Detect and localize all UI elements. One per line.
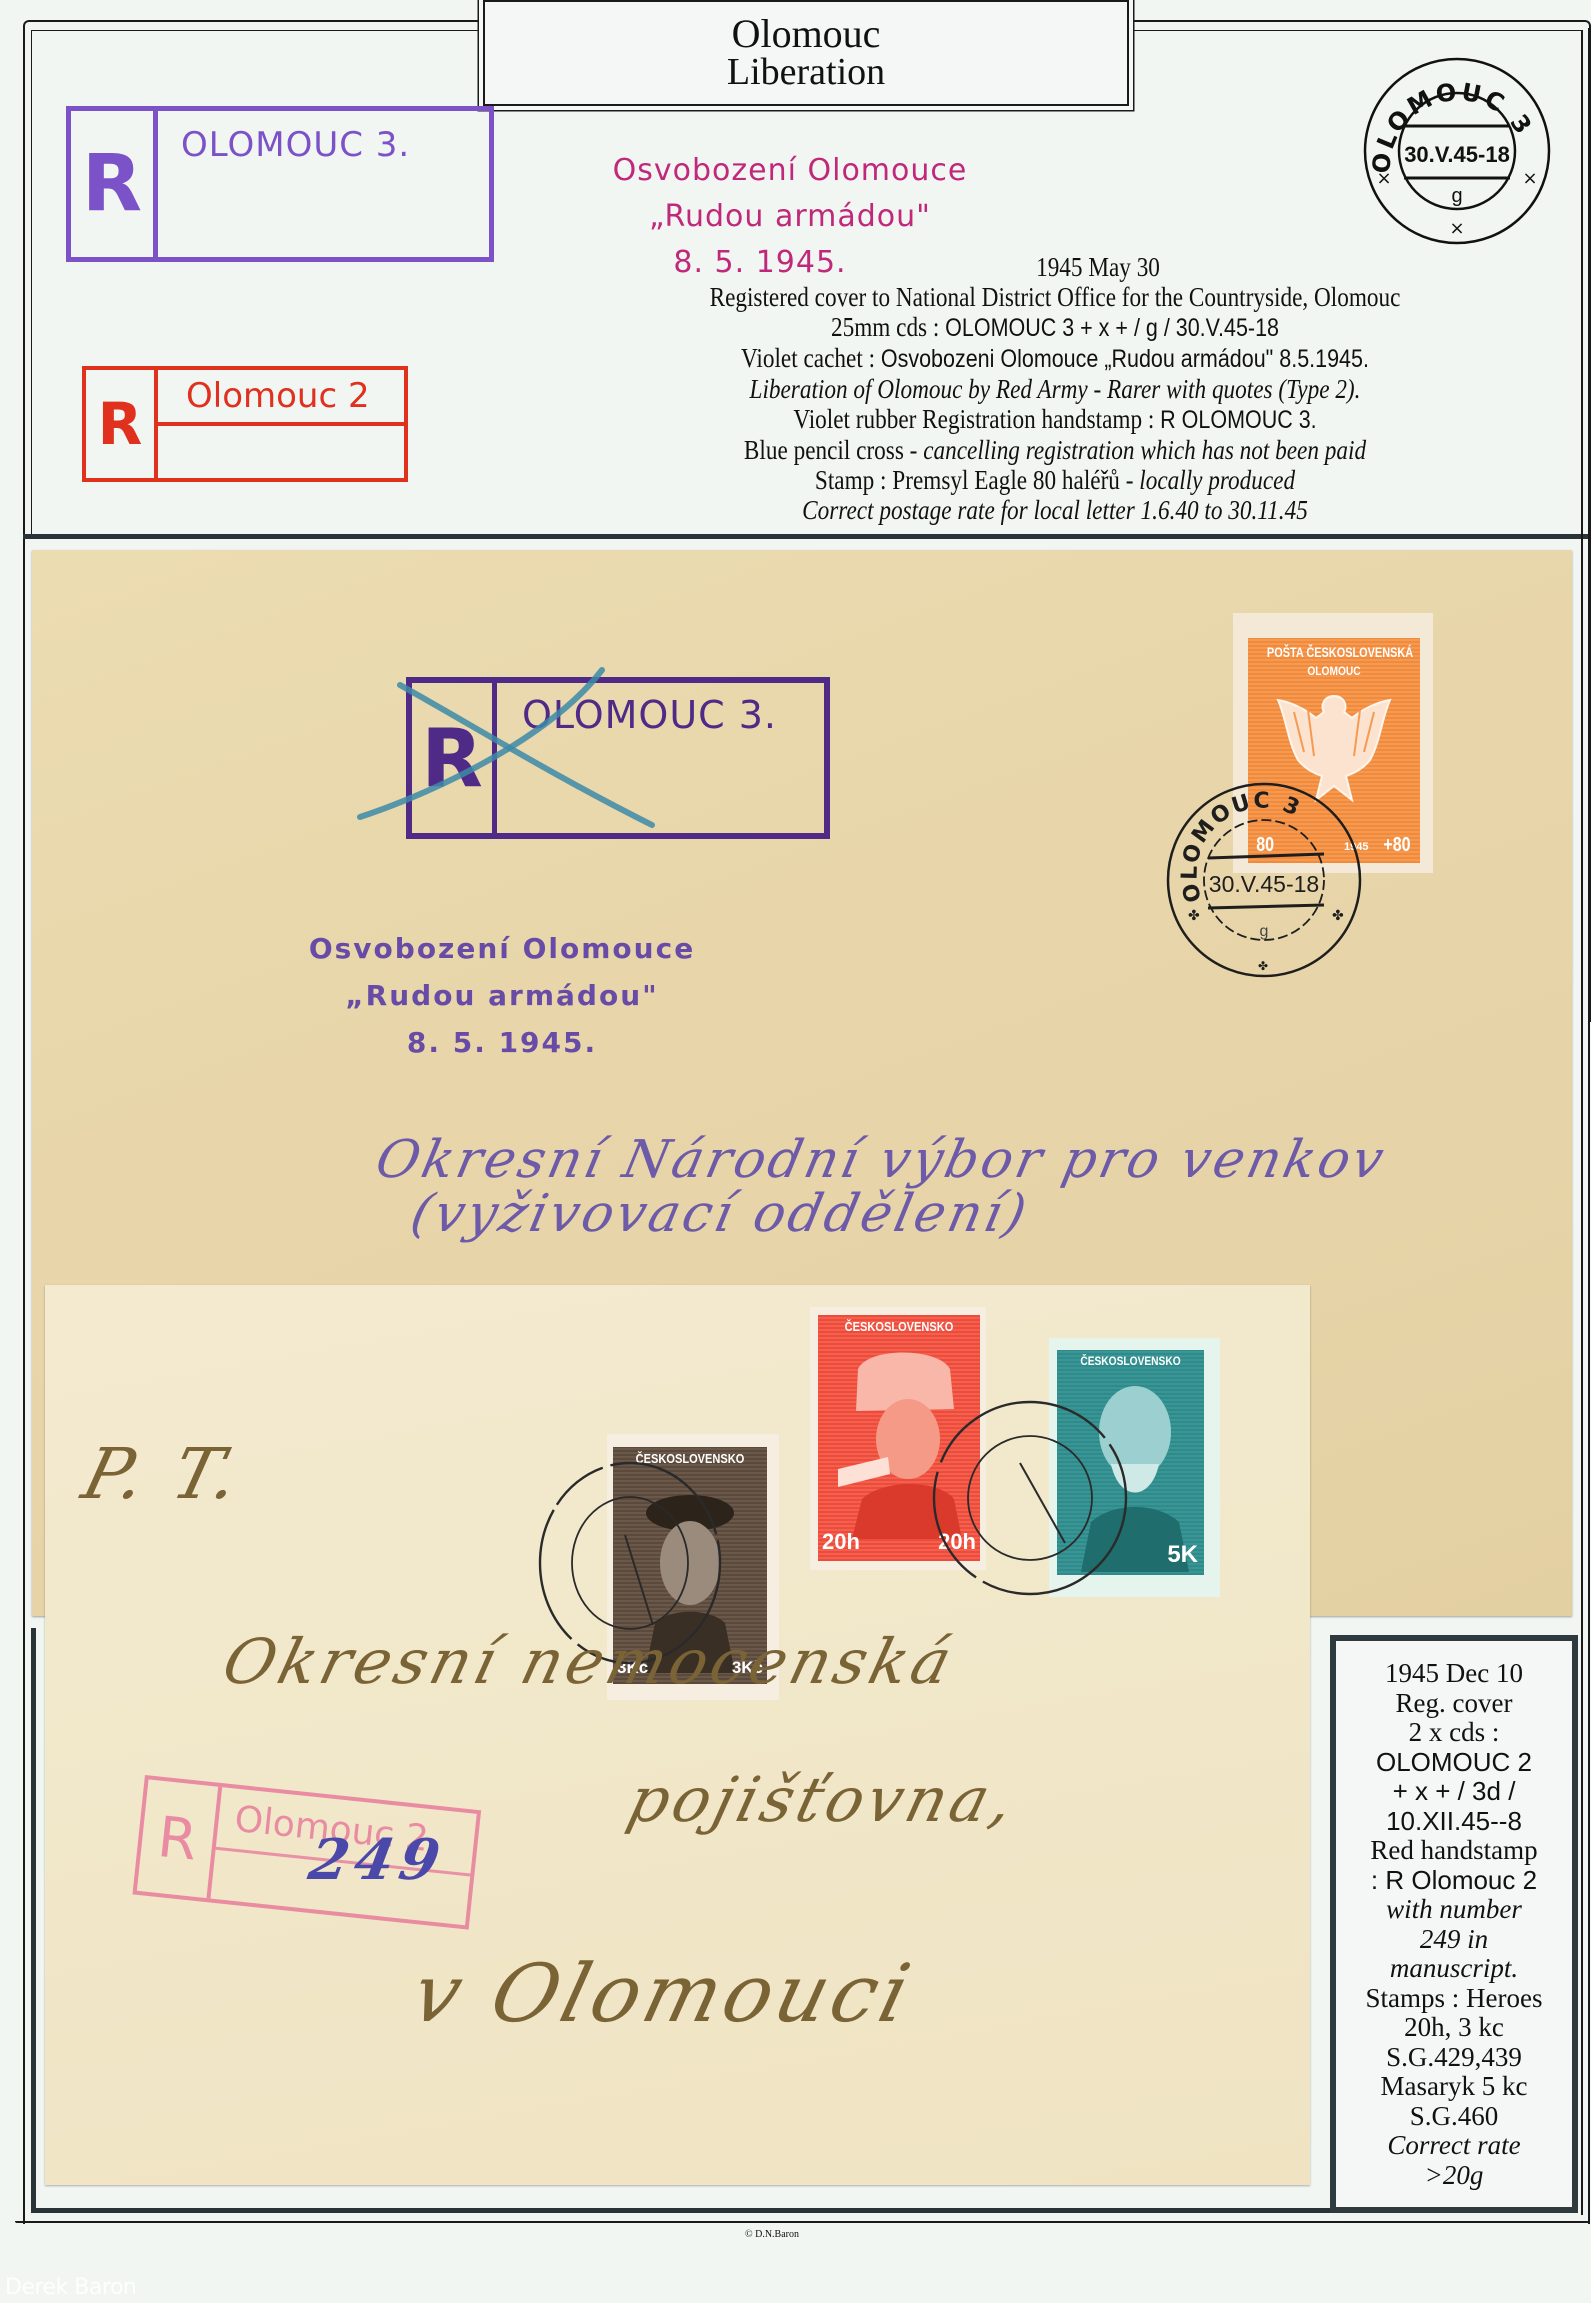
cover2-desc-line: manuscript. bbox=[1336, 1954, 1572, 1984]
copyright: © D.N.Baron bbox=[745, 2229, 799, 2240]
cover1-desc-line3: Violet cachet : Osvobozeni Olomouce „Rud… bbox=[612, 343, 1498, 374]
cover2-address-line1: Okresní nemocenská bbox=[216, 1625, 963, 1698]
cover2-address-line2: pojišťovna, bbox=[621, 1763, 1025, 1836]
cover2-desc-line: Correct rate bbox=[1336, 2131, 1572, 2161]
cover2-desc-line: Masaryk 5 kc bbox=[1336, 2072, 1572, 2102]
cover1-desc-line2: 25mm cds : OLOMOUC 3 + x + / g / 30.V.45… bbox=[612, 312, 1498, 343]
cover2-description-box: 1945 Dec 10Reg. cover2 x cds :OLOMOUC 2+… bbox=[1330, 1635, 1578, 2213]
cachet-line-2: „Rudou armádou" bbox=[540, 194, 1040, 240]
registration-letter: R bbox=[137, 1779, 218, 1898]
stamp-value-left: 20h bbox=[822, 1529, 860, 1555]
right-frame-line-inner bbox=[1581, 30, 1583, 2215]
cover2-desc-line: S.G.460 bbox=[1336, 2102, 1572, 2132]
svg-text:×: × bbox=[1522, 168, 1537, 189]
svg-text:30.V.45-18: 30.V.45-18 bbox=[1404, 142, 1510, 167]
svg-text:✤: ✤ bbox=[1188, 908, 1200, 924]
cover1-desc-line1: Registered cover to National District Of… bbox=[612, 282, 1498, 312]
page-title-box: Olomouc Liberation bbox=[483, 0, 1129, 106]
cover1-desc-line8: Correct postage rate for local letter 1.… bbox=[612, 495, 1498, 525]
svg-text:×: × bbox=[1376, 168, 1391, 189]
cover2-salutation: P. T. bbox=[75, 1433, 252, 1515]
cover1-desc-line4: Liberation of Olomouc by Red Army - Rare… bbox=[612, 374, 1498, 404]
watermark: Derek Baron bbox=[5, 2275, 136, 2300]
cover2-desc-line: + x + / 3d / bbox=[1336, 1777, 1572, 1807]
cachet-line-2: „Rudou armádou" bbox=[242, 972, 762, 1019]
cover1-desc-line6: Blue pencil cross - cancelling registrat… bbox=[612, 435, 1498, 465]
cover2-desc-line: 2 x cds : bbox=[1336, 1718, 1572, 1748]
cover1-address-line1: Okresní Národní výbor pro venkov bbox=[371, 1130, 1392, 1190]
svg-text:✤: ✤ bbox=[1258, 959, 1268, 973]
handstamp-place: Olomouc 2 bbox=[186, 376, 370, 416]
cover2-desc-line: Stamps : Heroes bbox=[1336, 1984, 1572, 2014]
handstamp-divider bbox=[153, 111, 158, 257]
svg-text:✤: ✤ bbox=[1332, 908, 1344, 924]
cover2-postmark-right bbox=[925, 1393, 1135, 1603]
cover1-address-line2: (vyživovací oddělení) bbox=[406, 1184, 1035, 1244]
stamp-country: ČESKOSLOVENSKO bbox=[1068, 1354, 1193, 1368]
lower-panel-frame-left bbox=[23, 1000, 25, 2224]
cover1-date: 1945 May 30 bbox=[612, 252, 1498, 282]
svg-text:×: × bbox=[1449, 218, 1464, 239]
cover2-address-line3: v Olomouci bbox=[403, 1947, 922, 2040]
cachet-line-3: 8. 5. 1945. bbox=[242, 1019, 762, 1066]
page-subtitle: Liberation bbox=[485, 52, 1127, 92]
cover2-desc-line: >20g bbox=[1336, 2161, 1572, 2191]
handstamp-place: OLOMOUC 3. bbox=[181, 125, 410, 165]
page-title: Olomouc bbox=[485, 14, 1127, 54]
cover2-desc-line: with number bbox=[1336, 1895, 1572, 1925]
blue-pencil-cross bbox=[352, 665, 712, 835]
violet-registration-handstamp-illustration: R OLOMOUC 3. bbox=[66, 106, 494, 262]
cover2-desc-line: 249 in bbox=[1336, 1925, 1572, 1955]
svg-text:g: g bbox=[1451, 185, 1462, 207]
svg-text:30.V.45-18: 30.V.45-18 bbox=[1209, 871, 1319, 897]
registration-letter: R bbox=[71, 111, 153, 257]
lower-panel-frame-bottom-outer bbox=[15, 2221, 1590, 2223]
handstamp-number-line bbox=[158, 422, 404, 426]
stamp-value-right: +80 bbox=[1383, 834, 1410, 857]
registration-letter: R bbox=[86, 370, 154, 478]
cover1-liberation-cachet: Osvobození Olomouce „Rudou armádou" 8. 5… bbox=[242, 925, 762, 1066]
stamp-value: 5K bbox=[1167, 1541, 1198, 1569]
stamp-country: POŠTA ČESKOSLOVENSKÁ bbox=[1267, 644, 1401, 660]
postmark-illustration: OLOMOUC 3 30.V.45-18 g × × × bbox=[1362, 56, 1552, 246]
cover2-desc-line: Reg. cover bbox=[1336, 1689, 1572, 1719]
svg-text:g: g bbox=[1260, 923, 1269, 940]
cover2-desc-line: 1945 Dec 10 bbox=[1336, 1659, 1572, 1689]
lower-panel-frame-bottom-inner bbox=[31, 2208, 1337, 2213]
cover2-desc-line: 10.XII.45--8 bbox=[1336, 1807, 1572, 1837]
red-registration-handstamp-illustration: R Olomouc 2 bbox=[82, 366, 408, 482]
cover2-desc-line: S.G.429,439 bbox=[1336, 2043, 1572, 2073]
cover2-desc-line: Red handstamp bbox=[1336, 1836, 1572, 1866]
cachet-line-1: Osvobození Olomouce bbox=[242, 925, 762, 972]
cover2-description: 1945 Dec 10Reg. cover2 x cds :OLOMOUC 2+… bbox=[1336, 1659, 1572, 2190]
cover1-desc-line5: Violet rubber Registration handstamp : R… bbox=[612, 404, 1498, 435]
top-panel-divider bbox=[23, 534, 1590, 539]
cover1-postmark: OLOMOUC 3 30.V.45-18 g ✤ ✤ ✤ bbox=[1164, 780, 1364, 980]
cover2-desc-line: : R Olomouc 2 bbox=[1336, 1866, 1572, 1896]
cachet-line-1: Osvobození Olomouce bbox=[540, 148, 1040, 194]
stamp-country: ČESKOSLOVENSKO bbox=[830, 1319, 968, 1334]
cover1-description: 1945 May 30 Registered cover to National… bbox=[540, 252, 1570, 525]
registration-number-manuscript: 249 bbox=[304, 1827, 451, 1893]
cover2-desc-line: OLOMOUC 2 bbox=[1336, 1748, 1572, 1778]
lower-panel-frame-inner-left bbox=[31, 1628, 36, 2213]
cover1-desc-line7: Stamp : Premsyl Eagle 80 haléřů - locall… bbox=[612, 465, 1498, 495]
right-frame-line bbox=[1588, 28, 1590, 2224]
stamp-town: OLOMOUC bbox=[1261, 664, 1407, 678]
cover2-envelope: P. T. ČESKOSLOVENSKO 3Kč 3Kč ČESKOSLOVEN… bbox=[45, 1285, 1310, 2185]
cover2-desc-line: 20h, 3 kc bbox=[1336, 2013, 1572, 2043]
